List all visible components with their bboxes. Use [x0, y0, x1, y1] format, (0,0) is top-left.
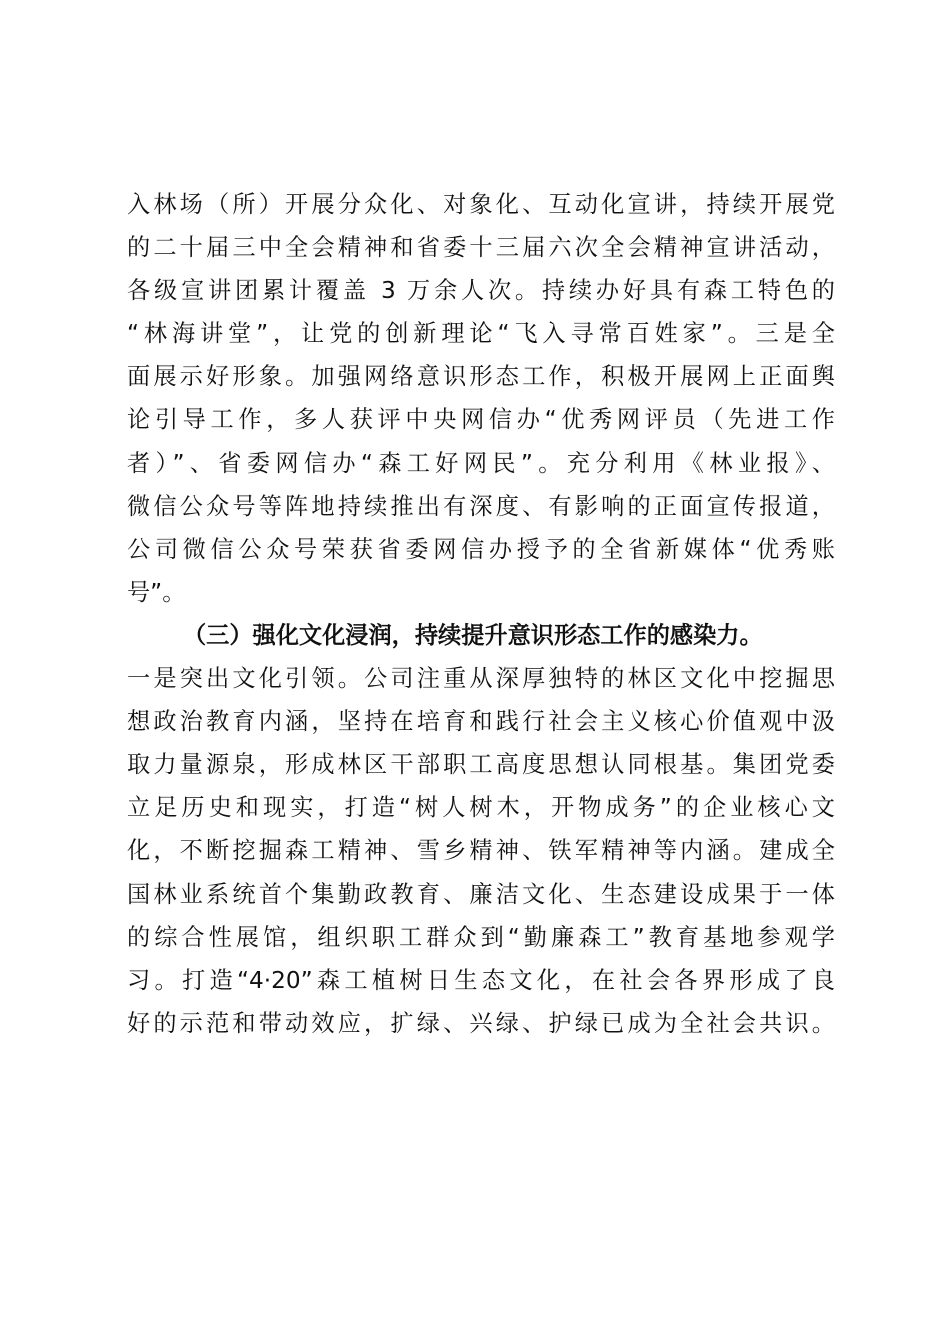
text-line: “林海讲堂”，让党的创新理论“飞入寻常百姓家”。三是全 [127, 312, 835, 355]
text-line: 化，不断挖掘森工精神、雪乡精神、铁军精神等内涵。建成全 [127, 829, 835, 872]
text-line: 立足历史和现实，打造“树人树木，开物成务”的企业核心文 [127, 786, 835, 829]
text-line: 的二十届三中全会精神和省委十三届六次全会精神宣讲活动， [127, 226, 835, 269]
text-line: 一是突出文化引领。公司注重从深厚独特的林区文化中挖掘思 [127, 657, 835, 700]
document-body: 入林场（所）开展分众化、对象化、互动化宣讲，持续开展党 的二十届三中全会精神和省… [127, 183, 835, 1045]
text-line: 习。打造“4·20”森工植树日生态文化，在社会各界形成了良 [127, 959, 835, 1002]
text-line: 入林场（所）开展分众化、对象化、互动化宣讲，持续开展党 [127, 183, 835, 226]
text-line: 微信公众号等阵地持续推出有深度、有影响的正面宣传报道， [127, 485, 835, 528]
text-line: 好的示范和带动效应，扩绿、兴绿、护绿已成为全社会共识。 [127, 1002, 835, 1045]
text-line: 想政治教育内涵，坚持在培育和践行社会主义核心价值观中汲 [127, 700, 835, 743]
text-line: 的综合性展馆，组织职工群众到“勤廉森工”教育基地参观学 [127, 916, 835, 959]
text-line: 公司微信公众号荣获省委网信办授予的全省新媒体“优秀账 [127, 528, 835, 571]
text-line: 取力量源泉，形成林区干部职工高度思想认同根基。集团党委 [127, 743, 835, 786]
text-line: 者）”、省委网信办“森工好网民”。充分利用《林业报》、 [127, 442, 835, 485]
text-line: 国林业系统首个集勤政教育、廉洁文化、生态建设成果于一体 [127, 873, 835, 916]
text-line: 号”。 [127, 571, 835, 614]
text-line: 面展示好形象。加强网络意识形态工作，积极开展网上正面舆 [127, 355, 835, 398]
text-line: 各级宣讲团累计覆盖 3 万余人次。持续办好具有森工特色的 [127, 269, 835, 312]
section-heading: （三）强化文化浸润，持续提升意识形态工作的感染力。 [127, 614, 835, 657]
text-line: 论引导工作，多人获评中央网信办“优秀网评员（先进工作 [127, 398, 835, 441]
